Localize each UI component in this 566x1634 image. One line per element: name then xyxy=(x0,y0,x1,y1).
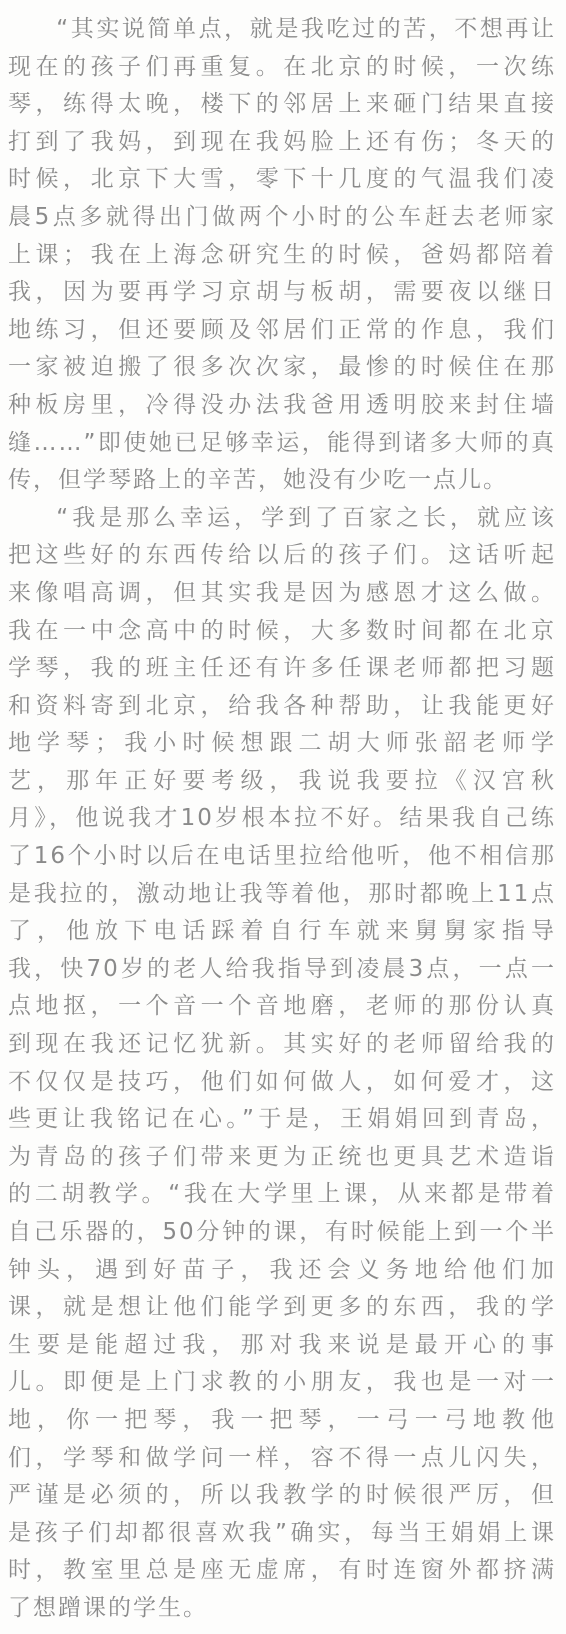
text-line: 不仅仅是技巧，他们如何做人，如何爱才，这 xyxy=(8,1064,556,1102)
text-line: 现在的孩子们再重复。在北京的时候，一次练 xyxy=(8,49,556,87)
text-line: 地练习，但还要顾及邻居们正常的作息，我们 xyxy=(8,312,556,350)
text-line: 琴，练得太晚，楼下的邻居上来砸门结果直接 xyxy=(8,86,556,124)
text-line: 我在一中念高中的时候，大多数时间都在北京 xyxy=(8,613,556,651)
text-line: 了想蹭课的学生。 xyxy=(8,1590,556,1628)
text-line: 课，就是想让他们能学到更多的东西，我的学 xyxy=(8,1289,556,1327)
text-line: 晨5点多就得出门做两个小时的公车赶去老师家 xyxy=(8,199,556,237)
text-line: 艺，那年正好要考级，我说我要拉《汉宫秋 xyxy=(8,763,556,801)
text-line: 了，他放下电话踩着自行车就来舅舅家指导 xyxy=(8,913,556,951)
text-line: 些更让我铭记在心。”于是，王娟娟回到青岛， xyxy=(8,1101,556,1139)
text-line: 儿。即便是上门求教的小朋友，我也是一对一 xyxy=(8,1364,556,1402)
text-line: 学琴，我的班主任还有许多任课老师都把习题 xyxy=(8,650,556,688)
text-line: 严谨是必须的，所以我教学的时候很严厉，但 xyxy=(8,1477,556,1515)
text-line: 传，但学琴路上的辛苦，她没有少吃一点儿。 xyxy=(8,462,556,500)
text-line: 自己乐器的，50分钟的课，有时候能上到一个半 xyxy=(8,1214,556,1252)
article-body: “其实说简单点，就是我吃过的苦，不想再让现在的孩子们再重复。在北京的时候，一次练… xyxy=(8,11,556,1628)
text-line: 生要是能超过我，那对我来说是最开心的事 xyxy=(8,1327,556,1365)
paragraph: “其实说简单点，就是我吃过的苦，不想再让现在的孩子们再重复。在北京的时候，一次练… xyxy=(8,11,556,500)
text-line: 种板房里，冷得没办法我爸用透明胶来封住墙 xyxy=(8,387,556,425)
text-line: 时，教室里总是座无虚席，有时连窗外都挤满 xyxy=(8,1552,556,1590)
text-line: “其实说简单点，就是我吃过的苦，不想再让 xyxy=(8,11,556,49)
document-page: “其实说简单点，就是我吃过的苦，不想再让现在的孩子们再重复。在北京的时候，一次练… xyxy=(0,0,566,1634)
text-line: 地学琴；我小时候想跟二胡大师张韶老师学 xyxy=(8,725,556,763)
text-line: 们，学琴和做学问一样，容不得一点儿闪失， xyxy=(8,1440,556,1478)
text-line: 我，因为要再学习京胡与板胡，需要夜以继日 xyxy=(8,274,556,312)
text-line: 点地抠，一个音一个音地磨，老师的那份认真 xyxy=(8,988,556,1026)
text-line: 我，快70岁的老人给我指导到凌晨3点，一点一 xyxy=(8,951,556,989)
text-line: 到现在我还记忆犹新。其实好的老师留给我的 xyxy=(8,1026,556,1064)
text-line: 时候，北京下大雪，零下十几度的气温我们凌 xyxy=(8,161,556,199)
text-line: 上课；我在上海念研究生的时候，爸妈都陪着 xyxy=(8,237,556,275)
text-line: 是孩子们却都很喜欢我”确实，每当王娟娟上课 xyxy=(8,1515,556,1553)
text-line: “我是那么幸运，学到了百家之长，就应该 xyxy=(8,500,556,538)
text-line: 钟头，遇到好苗子，我还会义务地给他们加 xyxy=(8,1252,556,1290)
text-line: 了16个小时以后在电话里拉给他听，他不相信那 xyxy=(8,838,556,876)
text-line: 是我拉的，激动地让我等着他，那时都晚上11点 xyxy=(8,876,556,914)
text-line: 来像唱高调，但其实我是因为感恩才这么做。 xyxy=(8,575,556,613)
paragraph: “我是那么幸运，学到了百家之长，就应该把这些好的东西传给以后的孩子们。这话听起来… xyxy=(8,500,556,1628)
text-line: 缝……”即使她已足够幸运，能得到诸多大师的真 xyxy=(8,425,556,463)
text-line: 和资料寄到北京，给我各种帮助，让我能更好 xyxy=(8,688,556,726)
text-line: 把这些好的东西传给以后的孩子们。这话听起 xyxy=(8,537,556,575)
text-line: 月》，他说我才10岁根本拉不好。结果我自己练 xyxy=(8,800,556,838)
text-line: 为青岛的孩子们带来更为正统也更具艺术造诣 xyxy=(8,1139,556,1177)
text-line: 的二胡教学。“我在大学里上课，从来都是带着 xyxy=(8,1176,556,1214)
text-line: 地，你一把琴，我一把琴，一弓一弓地教他 xyxy=(8,1402,556,1440)
text-line: 打到了我妈，到现在我妈脸上还有伤；冬天的 xyxy=(8,124,556,162)
text-line: 一家被迫搬了很多次次家，最惨的时候住在那 xyxy=(8,349,556,387)
